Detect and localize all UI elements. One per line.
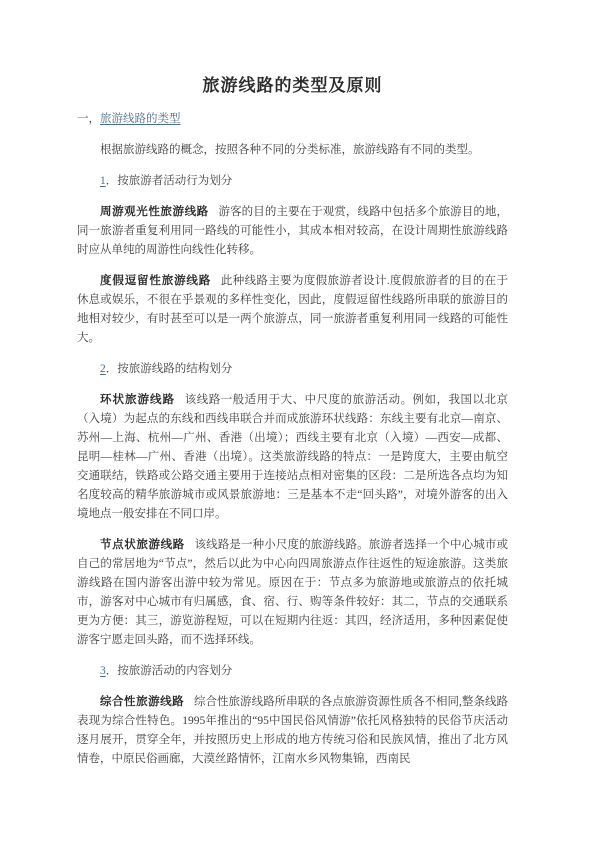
subheading-by-content: 3．按旅游活动的内容划分	[77, 662, 508, 681]
document-title: 旅游线路的类型及原则	[77, 75, 508, 97]
paragraph-sightseeing-route-lead: 周游观光性旅游线路	[100, 206, 209, 218]
section-number: 一，	[77, 113, 100, 125]
section-title-link[interactable]: 旅游线路的类型	[100, 113, 181, 125]
subheading-1-label: 按旅游者活动行为划分	[117, 175, 232, 187]
paragraph-comprehensive-route: 综合性旅游线路综合性旅游线路所串联的各点旅游资源性质各不相同,整条线路表现为综合…	[77, 693, 508, 769]
document-page: 旅游线路的类型及原则 一，旅游线路的类型 根据旅游线路的概念，按照各种不同的分类…	[0, 0, 595, 842]
subheading-2-label: 按旅游线路的结构划分	[117, 363, 232, 375]
subheading-2-separator: ．	[106, 363, 118, 375]
paragraph-vacation-stay-route-lead: 度假逗留性旅游线路	[100, 275, 211, 287]
paragraph-ring-route: 环状旅游线路该线路一般适用于大、中尺度的旅游活动。例如，我国以北京（入境）为起点…	[77, 391, 508, 524]
intro-paragraph: 根据旅游线路的概念，按照各种不同的分类标准，旅游线路有不同的类型。	[77, 141, 508, 160]
paragraph-ring-route-body: 该线路一般适用于大、中尺度的旅游活动。例如，我国以北京（入境）为起点的东线和西线…	[77, 394, 508, 520]
paragraph-ring-route-lead: 环状旅游线路	[100, 394, 175, 406]
section-heading: 一，旅游线路的类型	[77, 110, 508, 129]
paragraph-comprehensive-route-lead: 综合性旅游线路	[100, 696, 184, 708]
paragraph-node-route-lead: 节点状旅游线路	[100, 539, 185, 551]
subheading-by-structure: 2．按旅游线路的结构划分	[77, 360, 508, 379]
subheading-1-separator: ．	[106, 175, 118, 187]
subheading-3-label: 按旅游活动的内容划分	[117, 665, 232, 677]
paragraph-sightseeing-route: 周游观光性旅游线路游客的目的主要在于观赏，线路中包括多个旅游目的地，同一旅游者重…	[77, 203, 508, 260]
paragraph-vacation-stay-route: 度假逗留性旅游线路此种线路主要为度假旅游者设计.度假旅游者的目的在于休息或娱乐，…	[77, 272, 508, 348]
paragraph-node-route-body: 该线路是一种小尺度的旅游线路。旅游者选择一个中心城市或自己的常居地为“节点”，然…	[77, 539, 508, 646]
paragraph-node-route: 节点状旅游线路该线路是一种小尺度的旅游线路。旅游者选择一个中心城市或自己的常居地…	[77, 536, 508, 650]
subheading-by-behavior: 1．按旅游者活动行为划分	[77, 172, 508, 191]
subheading-3-separator: ．	[106, 665, 118, 677]
